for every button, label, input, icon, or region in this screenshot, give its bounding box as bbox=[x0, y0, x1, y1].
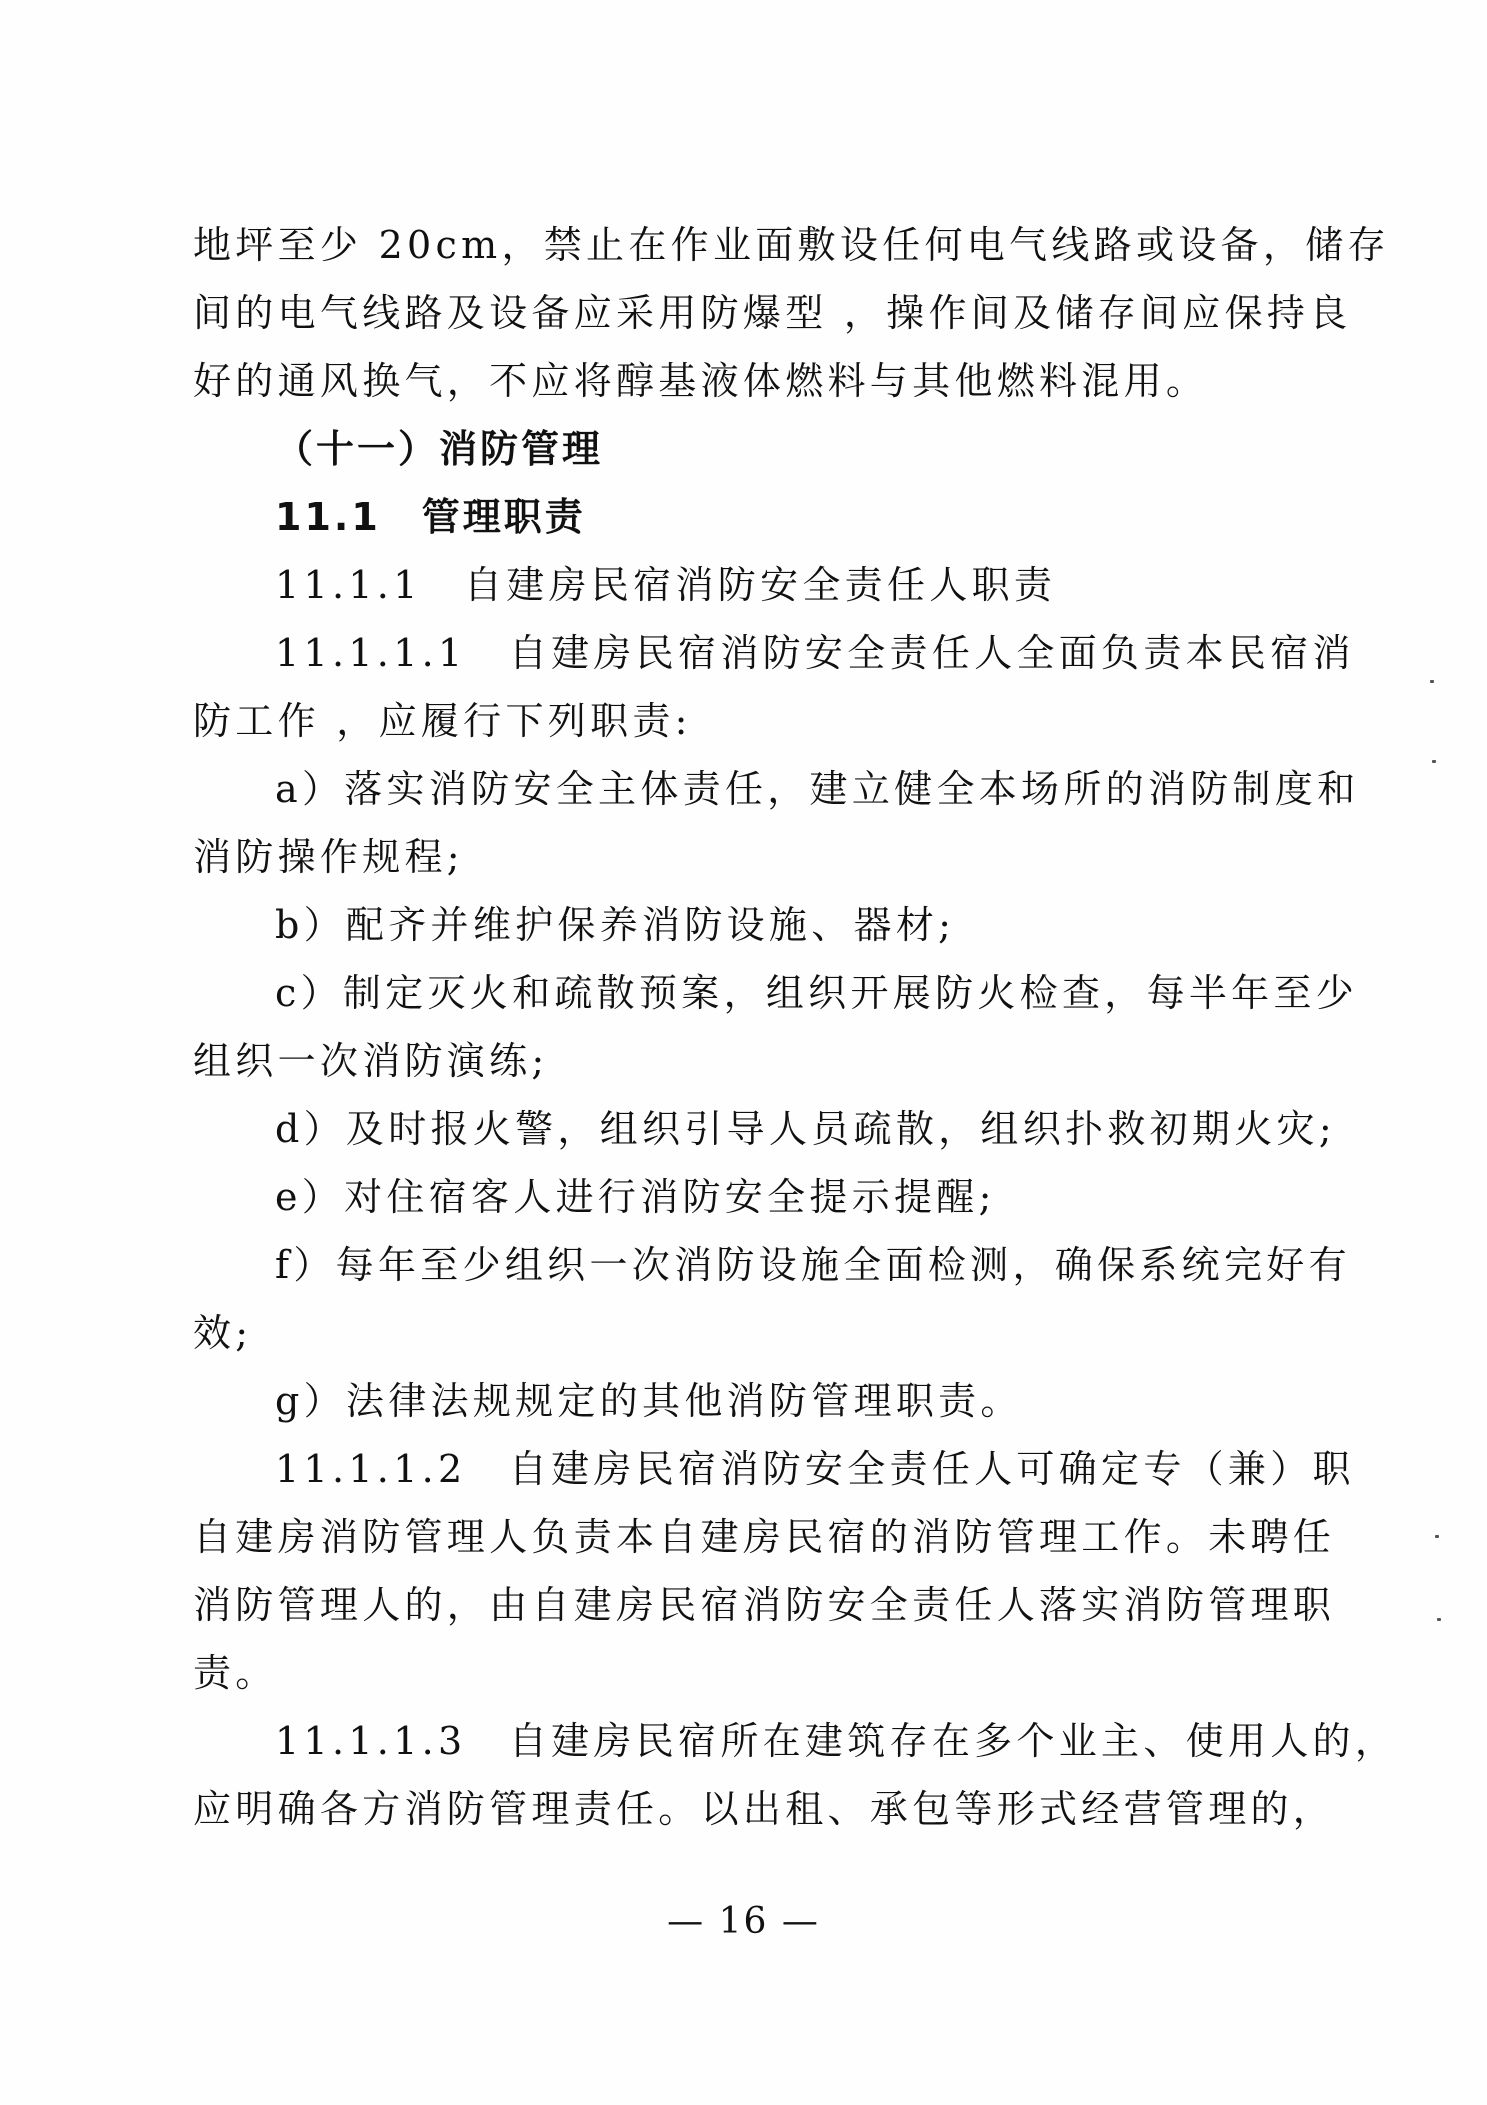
body-text-line: 好的通风换气，不应将醇基液体燃料与其他燃料混用。 bbox=[193, 358, 1283, 404]
list-item-g: g）法律法规规定的其他消防管理职责。 bbox=[275, 1378, 1285, 1424]
page-number: — 16 — bbox=[0, 1900, 1487, 1944]
body-text-line: 应明确各方消防管理责任。以出租、承包等形式经营管理的， bbox=[193, 1786, 1283, 1832]
body-text-line: 消防操作规程; bbox=[193, 834, 1283, 880]
body-text-line: 地坪至少 20cm，禁止在作业面敷设任何电气线路或设备，储存 bbox=[193, 222, 1283, 268]
section-heading: （十一）消防管理 bbox=[275, 426, 1285, 472]
body-text-line: 责。 bbox=[193, 1650, 1283, 1696]
clause-text-line: 11.1.1.2 自建房民宿消防安全责任人可确定专（兼）职 bbox=[275, 1446, 1285, 1492]
list-item-a: a）落实消防安全主体责任，建立健全本场所的消防制度和 bbox=[275, 766, 1285, 812]
body-text-line: 间的电气线路及设备应采用防爆型 ，操作间及储存间应保持良 bbox=[193, 290, 1283, 336]
body-text-line: 防工作 ，应履行下列职责: bbox=[193, 698, 1283, 744]
scan-speck bbox=[1437, 1618, 1441, 1621]
clause-text-line: 11.1.1.3 自建房民宿所在建筑存在多个业主、使用人的， bbox=[275, 1718, 1285, 1764]
body-text-line: 消防管理人的，由自建房民宿消防安全责任人落实消防管理职 bbox=[193, 1582, 1283, 1628]
clause-text-line: 11.1.1.1 自建房民宿消防安全责任人全面负责本民宿消 bbox=[275, 630, 1285, 676]
body-text-line: 组织一次消防演练; bbox=[193, 1038, 1283, 1084]
list-item-c: c）制定灭火和疏散预案，组织开展防火检查，每半年至少 bbox=[275, 970, 1285, 1016]
document-page: 地坪至少 20cm，禁止在作业面敷设任何电气线路或设备，储存 间的电气线路及设备… bbox=[0, 0, 1487, 2105]
body-text-line: 效; bbox=[193, 1310, 1283, 1356]
list-item-e: e）对住宿客人进行消防安全提示提醒; bbox=[275, 1174, 1285, 1220]
body-text-line: 自建房消防管理人负责本自建房民宿的消防管理工作。未聘任 bbox=[193, 1514, 1283, 1560]
scan-speck bbox=[1430, 680, 1434, 683]
scan-speck bbox=[1432, 760, 1436, 763]
clause-heading: 11.1.1 自建房民宿消防安全责任人职责 bbox=[275, 562, 1285, 608]
list-item-b: b）配齐并维护保养消防设施、器材; bbox=[275, 902, 1285, 948]
list-item-d: d）及时报火警，组织引导人员疏散，组织扑救初期火灾; bbox=[275, 1106, 1285, 1152]
subsection-heading: 11.1 管理职责 bbox=[275, 494, 1285, 540]
scan-speck bbox=[1435, 1535, 1439, 1538]
list-item-f: f）每年至少组织一次消防设施全面检测，确保系统完好有 bbox=[275, 1242, 1285, 1288]
